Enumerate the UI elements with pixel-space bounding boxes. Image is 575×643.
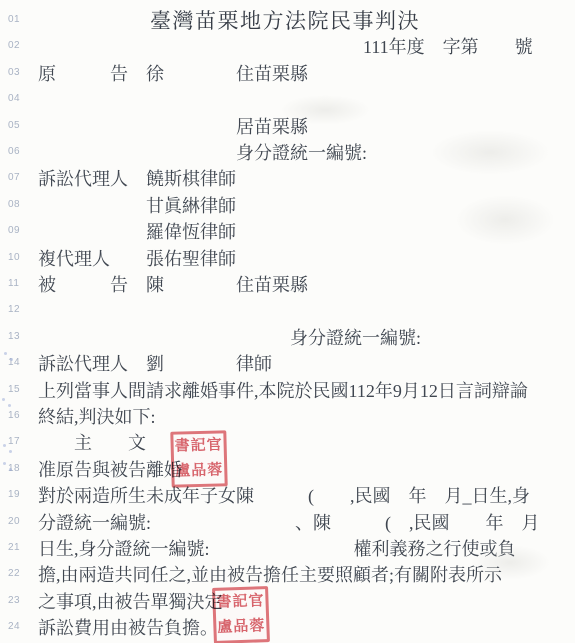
line-text: 訴訟代理人 劉 律師 <box>38 352 272 376</box>
line-number: 09 <box>8 225 20 236</box>
line-text: 111年度 字第 號 <box>363 35 533 59</box>
line-number: 02 <box>8 40 20 51</box>
line-number: 07 <box>8 172 20 183</box>
line-text: 對於兩造所生未成年子女陳 ( ,民國 年 月_日生,身 <box>38 484 530 508</box>
document-line-15: 15上列當事人間請求離婚事件,本院於民國112年9月12日言詞辯論 <box>0 379 575 405</box>
document-line-11: 11被 告 陳 住苗栗縣 <box>0 273 575 299</box>
line-number: 19 <box>8 489 20 500</box>
line-number: 06 <box>8 146 20 157</box>
line-text: 甘眞綝律師 <box>38 194 236 218</box>
line-text: 居苗栗縣 <box>38 115 308 139</box>
document-line-19: 19對於兩造所生未成年子女陳 ( ,民國 年 月_日生,身 <box>0 484 575 510</box>
document-line-20: 20分證統一編號: 、陳 ( ,民國 年 月 <box>0 511 575 537</box>
line-number: 08 <box>8 199 20 210</box>
line-text: 終結,判決如下: <box>38 405 156 429</box>
document-line-22: 22擔,由兩造共同任之,並由被告擔任主要照顧者;有關附表所示 <box>0 563 575 589</box>
line-number: 10 <box>8 252 20 263</box>
document-line-21: 21日生,身分證統一編號: 權利義務之行使或負 <box>0 537 575 563</box>
document-line-14: 14訴訟代理人 劉 律師 <box>0 352 575 378</box>
document-line-18: 18准原告與被告離婚 <box>0 458 575 484</box>
line-number: 12 <box>8 304 20 315</box>
line-number: 24 <box>8 621 20 632</box>
line-text: 擔,由兩造共同任之,並由被告擔任主要照顧者;有關附表所示 <box>38 563 502 587</box>
document-line-05: 05 居苗栗縣 <box>0 115 575 141</box>
line-text: 身分證統一編號: <box>38 141 367 165</box>
line-text: 之事項,由被告單獨決定 <box>38 590 223 614</box>
line-number: 23 <box>8 595 20 606</box>
document-line-07: 07訴訟代理人 饒斯棋律師 <box>0 167 575 193</box>
line-text: 准原告與被告離婚 <box>38 458 182 482</box>
line-number: 03 <box>8 67 20 78</box>
line-number: 18 <box>8 463 20 474</box>
line-number: 16 <box>8 410 20 421</box>
stamp-registrar-title: 書記官 <box>174 438 222 454</box>
document-line-03: 03原 告 徐 住苗栗縣 <box>0 62 575 88</box>
line-number: 21 <box>8 542 20 553</box>
line-text: 日生,身分證統一編號: 權利義務之行使或負 <box>38 537 516 561</box>
stamp-registrar-name: 盧品蓉 <box>217 619 266 636</box>
line-text: 羅偉恆律師 <box>38 220 236 244</box>
line-text: 被 告 陳 住苗栗縣 <box>38 273 308 297</box>
document-line-16: 16終結,判決如下: <box>0 405 575 431</box>
document-line-23: 23之事項,由被告單獨決定 <box>0 590 575 616</box>
line-text: 上列當事人間請求離婚事件,本院於民國112年9月12日言詞辯論 <box>38 379 528 403</box>
line-text: 訴訟費用由被告負擔。 <box>38 616 218 640</box>
line-text: 主 文 <box>38 431 146 455</box>
line-number: 14 <box>8 357 20 368</box>
line-number: 20 <box>8 516 20 527</box>
line-number: 17 <box>8 436 20 447</box>
document-line-01: 01臺灣苗栗地方法院民事判決 <box>0 9 575 35</box>
document-line-13: 13 身分證統一編號: <box>0 326 575 352</box>
registrar-stamp: 書記官 盧品蓉 <box>170 430 227 487</box>
line-text: 原 告 徐 住苗栗縣 <box>38 62 308 86</box>
line-text: 臺灣苗栗地方法院民事判決 <box>150 9 420 33</box>
line-text: 分證統一編號: 、陳 ( ,民國 年 月 <box>38 511 540 535</box>
document-line-17: 17 主 文 <box>0 431 575 457</box>
document-line-08: 08 甘眞綝律師 <box>0 194 575 220</box>
line-number: 04 <box>8 93 20 104</box>
document-line-10: 10複代理人 張佑聖律師 <box>0 247 575 273</box>
document-line-04: 04 <box>0 88 575 114</box>
line-text: 身分證統一編號: <box>38 326 421 350</box>
line-number: 05 <box>8 120 20 131</box>
line-number: 11 <box>8 278 19 289</box>
line-number: 13 <box>8 331 20 342</box>
document-line-24: 24訴訟費用由被告負擔。 <box>0 616 575 642</box>
stamp-registrar-title: 書記官 <box>216 594 265 611</box>
scanned-judgment-page: 01臺灣苗栗地方法院民事判決02111年度 字第 號03原 告 徐 住苗栗縣04… <box>0 0 575 643</box>
line-text: 複代理人 張佑聖律師 <box>38 247 236 271</box>
document-line-12: 12 <box>0 299 575 325</box>
line-number: 15 <box>8 384 20 395</box>
registrar-stamp: 書記官 盧品蓉 <box>212 586 270 643</box>
stamp-registrar-name: 盧品蓉 <box>175 463 223 479</box>
line-number: 22 <box>8 568 20 579</box>
document-line-06: 06 身分證統一編號: <box>0 141 575 167</box>
document-line-09: 09 羅偉恆律師 <box>0 220 575 246</box>
line-text: 訴訟代理人 饒斯棋律師 <box>38 167 236 191</box>
line-number: 01 <box>8 14 20 25</box>
document-line-02: 02111年度 字第 號 <box>0 35 575 61</box>
